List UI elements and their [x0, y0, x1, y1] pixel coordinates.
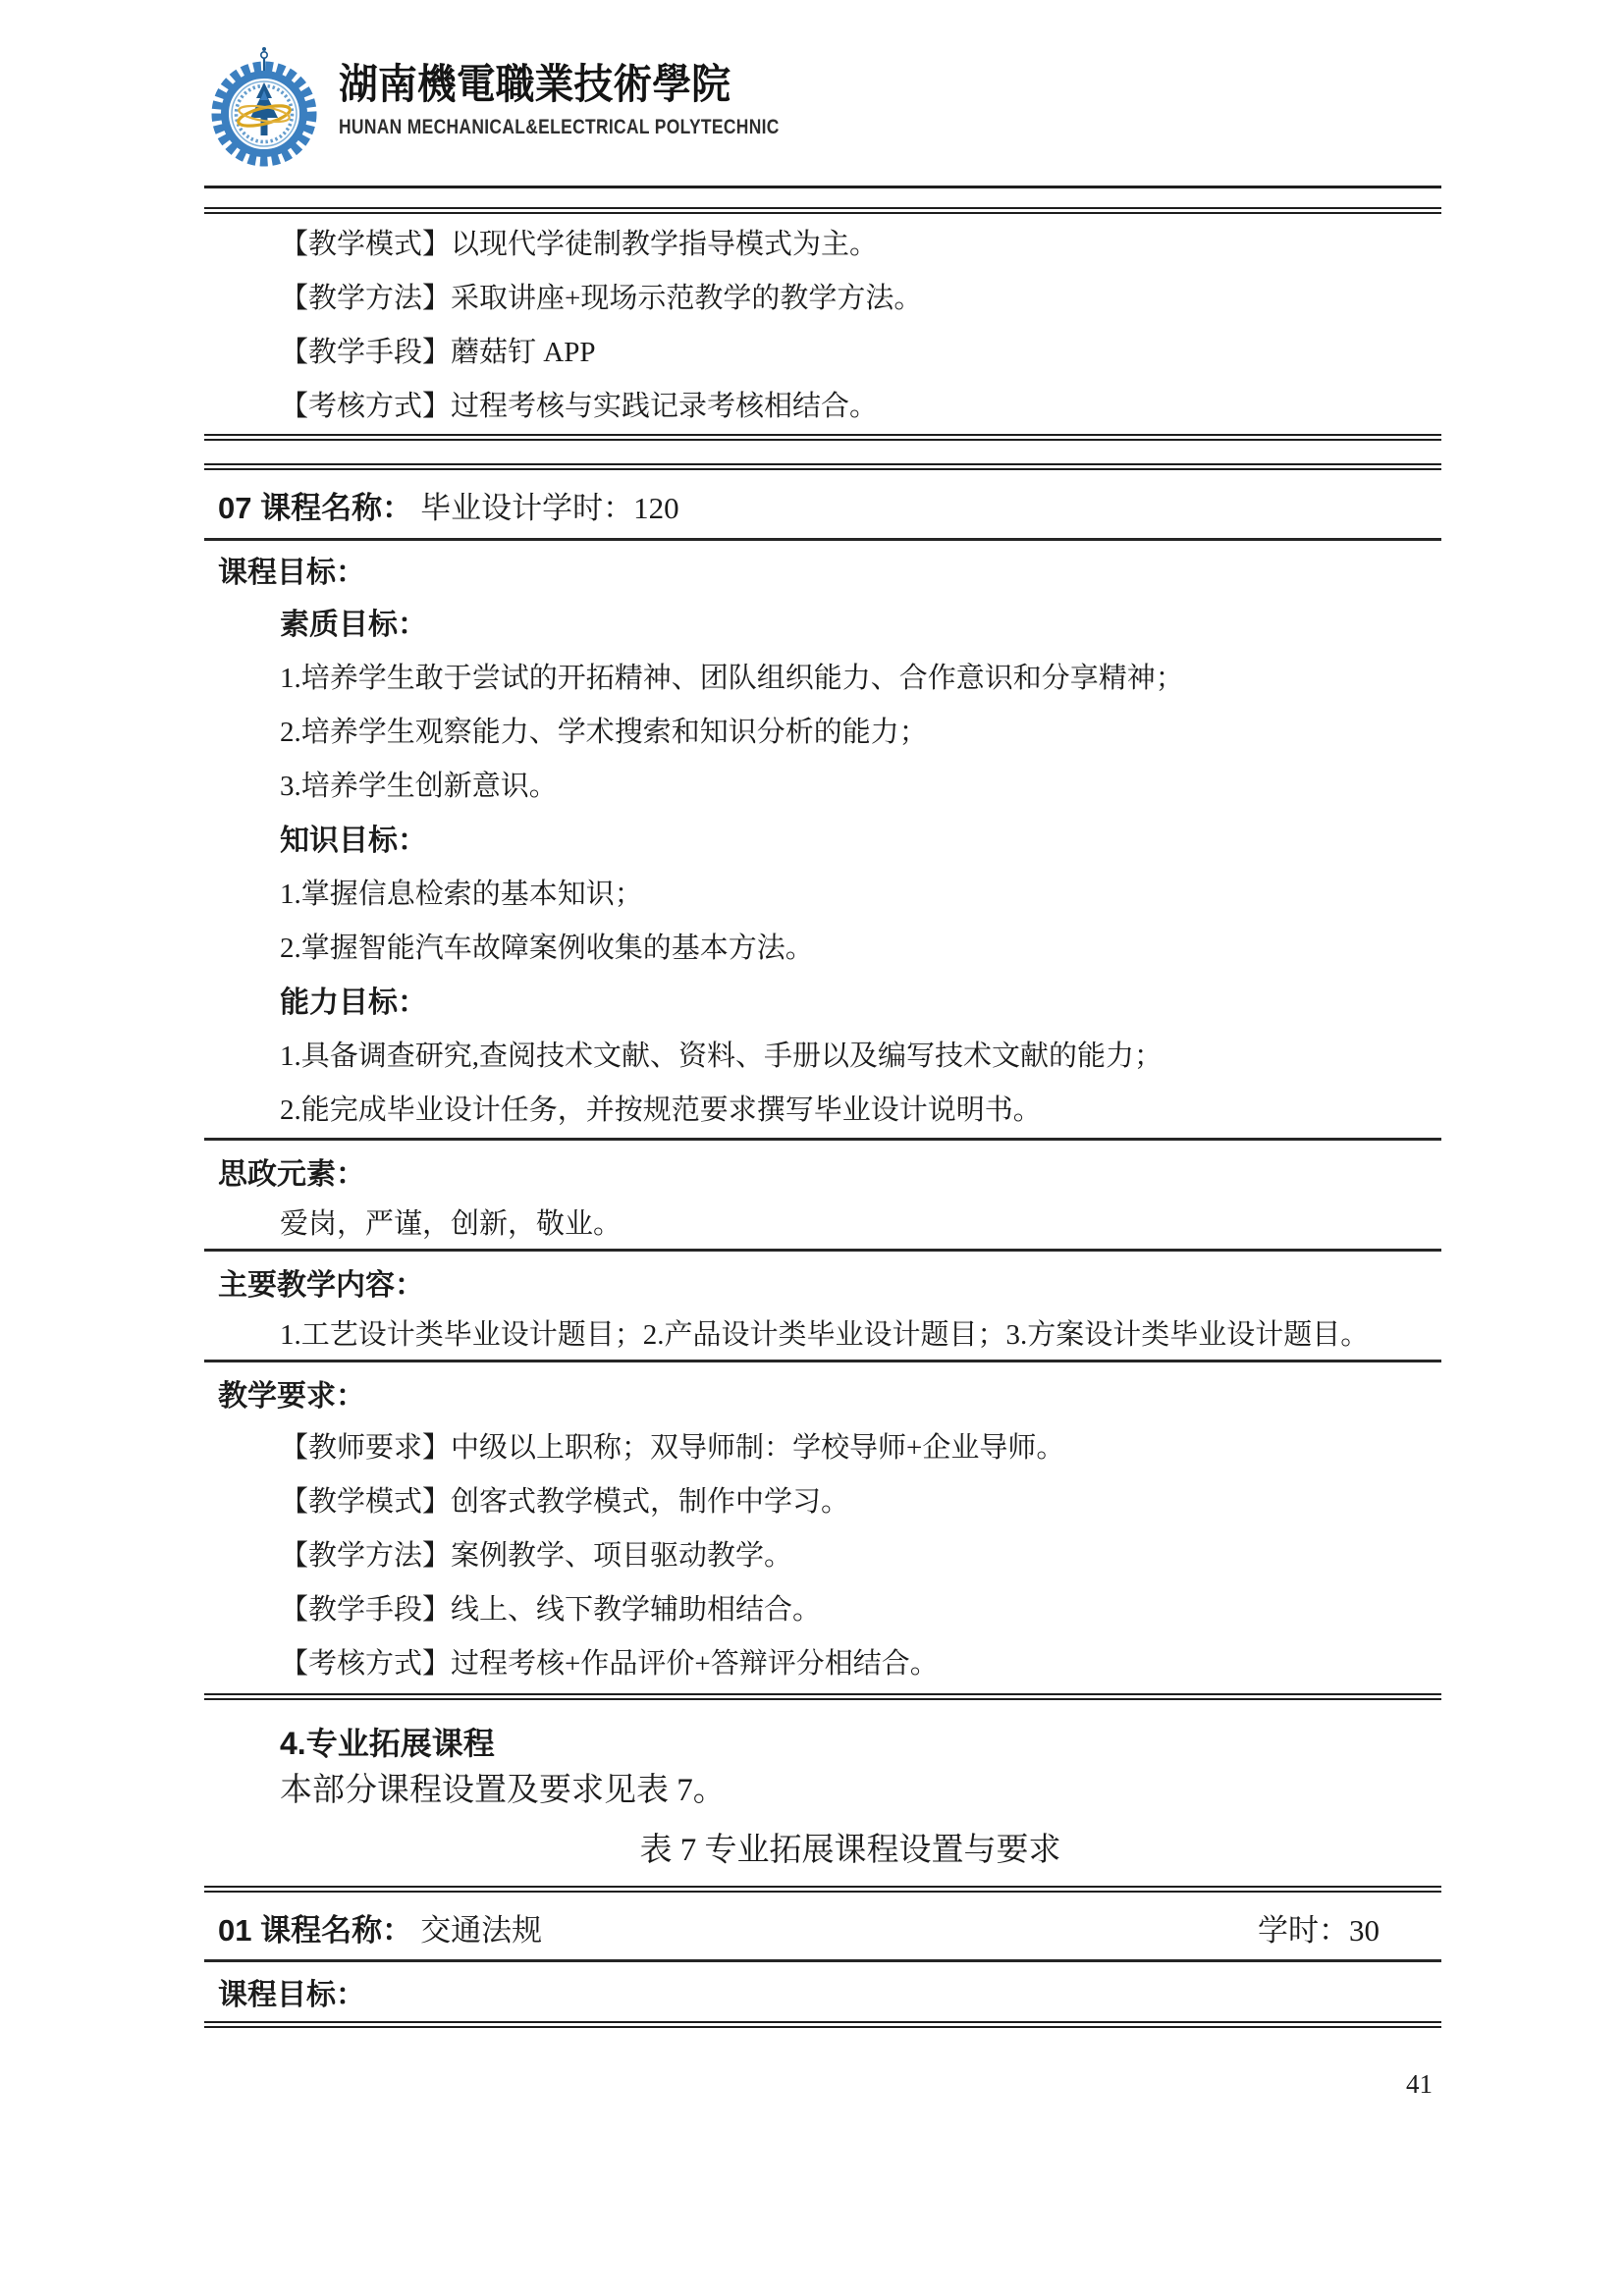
ability-goal-heading: 能力目标：	[204, 976, 1441, 1030]
assessment-line: 【考核方式】过程考核与实践记录考核相结合。	[204, 380, 1441, 434]
teaching-method-line: 【教学方法】采取讲座+现场示范教学的教学方法。	[204, 272, 1441, 326]
teaching-mode-line: 【教学模式】以现代学徒制教学指导模式为主。	[204, 218, 1441, 272]
course-01-hours: 学时：30	[1258, 1908, 1380, 1953]
school-name-chinese: 湖南機電職業技術學院	[339, 57, 731, 114]
page-content: 【教学模式】以现代学徒制教学指导模式为主。 【教学方法】采取讲座+现场示范教学的…	[204, 218, 1441, 2028]
school-name-block: 湖南機電職業技術學院 HUNAN MECHANICAL&ELECTRICAL P…	[339, 57, 751, 139]
quality-goal-heading: 素质目标：	[204, 598, 1441, 652]
quality-goal-item: 3.培养学生创新意识。	[204, 760, 1441, 814]
rule	[204, 1138, 1441, 1141]
school-name-english: HUNAN MECHANICAL&ELECTRICAL POLYTECHNIC	[339, 116, 681, 139]
ability-goal-item: 1.具备调查研究,查阅技术文献、资料、手册以及编写技术文献的能力；	[204, 1030, 1441, 1084]
section4-title: 4.专业拓展课程	[204, 1720, 1441, 1767]
teaching-mode-line: 【教学模式】创客式教学模式，制作中学习。	[204, 1475, 1441, 1529]
main-content-text: 1.工艺设计类毕业设计题目；2.产品设计类毕业设计题目；3.方案设计类毕业设计题…	[204, 1310, 1441, 1360]
main-content-heading: 主要教学内容：	[204, 1261, 1441, 1310]
teacher-requirement-line: 【教师要求】中级以上职称；双导师制：学校导师+企业导师。	[204, 1421, 1441, 1475]
knowledge-goal-heading: 知识目标：	[204, 814, 1441, 868]
course-07-hours: 学时：120	[542, 491, 679, 525]
knowledge-goal-item: 2.掌握智能汽车故障案例收集的基本方法。	[204, 922, 1441, 976]
course-goal-heading: 课程目标：	[204, 1974, 1441, 2017]
teaching-method-line: 【教学方法】案例教学、项目驱动教学。	[204, 1529, 1441, 1583]
header-rule	[204, 186, 1441, 188]
assessment-line: 【考核方式】过程考核+作品评价+答辩评分相结合。	[204, 1637, 1441, 1691]
rule	[204, 538, 1441, 541]
section-divider-double	[204, 1693, 1441, 1700]
section-divider-double	[204, 434, 1441, 441]
section-divider-double	[204, 1886, 1441, 1893]
section-divider-double	[204, 2021, 1441, 2028]
rule	[204, 1959, 1441, 1962]
course-07-header-row: 07 课程名称：毕业设计学时：120	[204, 470, 1441, 531]
table7-caption: 表 7 专业拓展课程设置与要求	[204, 1828, 1441, 1873]
course-goal-heading: 课程目标：	[204, 549, 1441, 598]
course-01-title-prefix: 01 课程名称：	[218, 1913, 412, 1948]
school-logo: 湖南機電職業技術學院 HUNAN MECHANICAL&ELECTRICAL P…	[199, 41, 751, 169]
course-07-name: 毕业设计	[420, 491, 542, 525]
section-divider-double	[204, 463, 1441, 470]
course-07-title-prefix: 07 课程名称：	[218, 491, 412, 525]
teaching-means-line: 【教学手段】蘑菇钉 APP	[204, 326, 1441, 380]
page-number: 41	[1406, 2069, 1433, 2100]
quality-goal-item: 1.培养学生敢于尝试的开拓精神、团队组织能力、合作意识和分享精神；	[204, 652, 1441, 706]
gear-tower-emblem-icon	[199, 41, 327, 169]
knowledge-goal-item: 1.掌握信息检索的基本知识；	[204, 868, 1441, 922]
rule	[204, 1360, 1441, 1362]
header-rule-double	[204, 207, 1441, 214]
document-page: 湖南機電職業技術學院 HUNAN MECHANICAL&ELECTRICAL P…	[0, 0, 1624, 2296]
course-01-header-row: 01 课程名称：交通法规 学时：30	[204, 1893, 1441, 1953]
teaching-requirement-heading: 教学要求：	[204, 1372, 1441, 1421]
ideology-text: 爱岗，严谨，创新，敬业。	[204, 1200, 1441, 1249]
course-01-name: 交通法规	[420, 1913, 542, 1948]
section4-intro: 本部分课程设置及要求见表 7。	[204, 1767, 1441, 1814]
quality-goal-item: 2.培养学生观察能力、学术搜索和知识分析的能力；	[204, 706, 1441, 760]
rule	[204, 1249, 1441, 1252]
teaching-means-line: 【教学手段】线上、线下教学辅助相结合。	[204, 1583, 1441, 1637]
course-01-title: 01 课程名称：交通法规	[218, 1908, 542, 1953]
ability-goal-item: 2.能完成毕业设计任务，并按规范要求撰写毕业设计说明书。	[204, 1084, 1441, 1138]
ideology-heading: 思政元素：	[204, 1150, 1441, 1200]
